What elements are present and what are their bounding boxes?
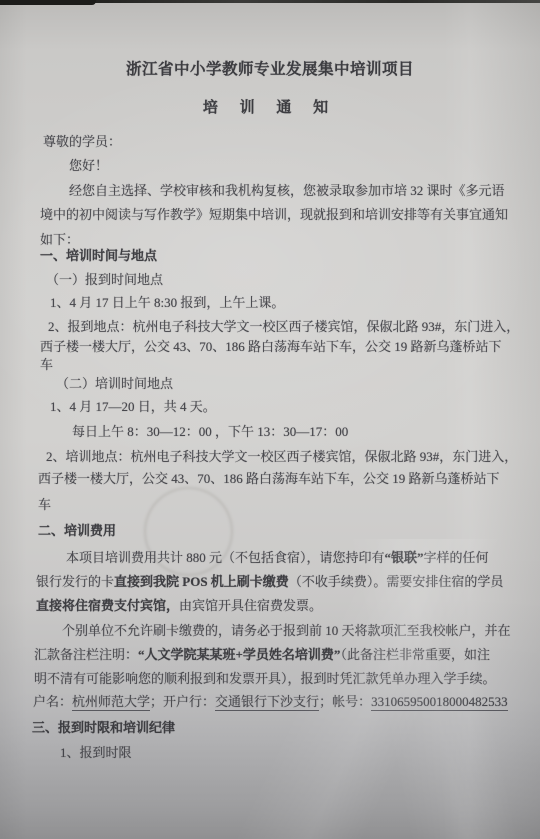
fee-line-2-c: （不收手续费）。需要安排住宿的学员	[289, 574, 504, 589]
fee-line-3-bold: 直接将住宿费支付宾馆，	[36, 598, 179, 613]
fee-line-3-b: 由宾馆开具住宿费发票。	[179, 598, 322, 613]
fee-line-3: 直接将住宿费支付宾馆，由宾馆开具住宿费发票。	[36, 598, 322, 613]
section1-sub2-item1-time: 每日上午 8：30—12：00 ，下午 13：30—17：00	[72, 424, 348, 439]
remit-line-2-a: 汇款备注栏注明：	[34, 647, 138, 662]
section1-sub2-heading: （二）培训时间地点	[56, 376, 173, 391]
fee-line-2-pos-bold: 直接到我院 POS 机上刷卡缴费	[114, 574, 289, 589]
fee-line-2: 银行发行的卡直接到我院 POS 机上刷卡缴费（不收手续费）。需要安排住宿的学员	[36, 574, 503, 589]
section1-sub2-item1: 1、4 月 17—20 日，共 4 天。	[50, 399, 216, 414]
bank-account-name: 杭州师范大学	[72, 694, 150, 711]
bank-account-number: 331065950018000482533	[371, 694, 508, 711]
bank-info-line: 户名：杭州师范大学；开户行：交通银行下沙支行；帐号：33106595001800…	[33, 694, 508, 709]
section1-sub1-item2-line1: 2、报到地点：杭州电子科技大学文一校区西子楼宾馆，保俶北路 93#，东门进入，	[48, 319, 519, 334]
remit-line-1: 个别单位不允许刷卡缴费的，请务必于报到前 10 天将款项汇至我校帐户，并在	[62, 623, 511, 638]
fee-line-1-c: 字样的任何	[424, 550, 489, 565]
section1-sub1-item2-line2: 西子楼一楼大厅，公交 43、70、186 路白荡海车站下车，公交 19 路新乌蓬…	[40, 339, 502, 354]
document-photo: 浙江省中小学教师专业发展集中培训项目 培 训 通 知 尊敬的学员： 您好！ 经您…	[0, 0, 540, 839]
bank-label-name: 户名：	[33, 694, 72, 709]
salutation: 尊敬的学员：	[43, 134, 121, 149]
scan-edge-top-left	[0, 0, 96, 5]
section3-item1: 1、报到时限	[60, 745, 132, 760]
remit-line-3: 明不清有可能影响您的顺利报到和发票开具），报到时凭汇款凭单办理入学手续。	[34, 671, 496, 686]
section1-sub2-item2-line3: 车	[38, 497, 51, 512]
doc-title: 浙江省中小学教师专业发展集中培训项目	[0, 62, 540, 77]
section2-heading: 二、培训费用	[38, 523, 116, 538]
bank-branch: 交通银行下沙支行	[215, 694, 319, 711]
greeting: 您好！	[69, 158, 108, 173]
section1-sub2-item2-line1: 2、培训地点：杭州电子科技大学文一校区西子楼宾馆，保俶北路 93#，东门进入，	[46, 449, 517, 464]
remit-line-2-memo-bold: “人文学院某某班+学员姓名培训费”	[138, 647, 340, 662]
section3-heading: 三、报到时限和培训纪律	[32, 720, 175, 735]
bank-label-bank: ；开户行：	[150, 694, 215, 709]
fee-line-1-a: 本项目培训费用共计 880 元（不包括食宿），请您持印有	[66, 550, 385, 565]
bank-label-account: ；帐号：	[319, 694, 371, 709]
remit-line-2-c: （此备注栏非常重要，如注	[340, 647, 490, 662]
section1-sub1-heading: （一）报到时间地点	[46, 272, 163, 287]
remit-line-2: 汇款备注栏注明：“人文学院某某班+学员姓名培训费”（此备注栏非常重要，如注	[34, 647, 490, 662]
doc-subtitle: 培 训 通 知	[0, 101, 540, 116]
section1-sub2-item2-line2: 西子楼一楼大厅，公交 43、70、186 路白荡海车站下车，公交 19 路新乌蓬…	[38, 471, 500, 486]
intro-line-3: 如下：	[40, 232, 79, 247]
intro-line-2: 境中的初中阅读与写作教学》短期集中培训，现就报到和培训安排等有关事宜通知	[40, 207, 508, 222]
fee-line-1: 本项目培训费用共计 880 元（不包括食宿），请您持印有“银联”字样的任何	[66, 550, 489, 565]
section1-sub1-item1: 1、4 月 17 日上午 8:30 报到，上午上课。	[50, 295, 284, 310]
intro-line-1: 经您自主选择、学校审核和我机构复核，您被录取参加市培 32 课时《多元语	[69, 183, 505, 198]
fee-line-1-unionpay: “银联”	[385, 550, 424, 565]
section1-sub1-item2-line3: 车	[40, 357, 53, 372]
section1-heading: 一、培训时间与地点	[40, 248, 157, 263]
fee-line-2-a: 银行发行的卡	[36, 574, 114, 589]
